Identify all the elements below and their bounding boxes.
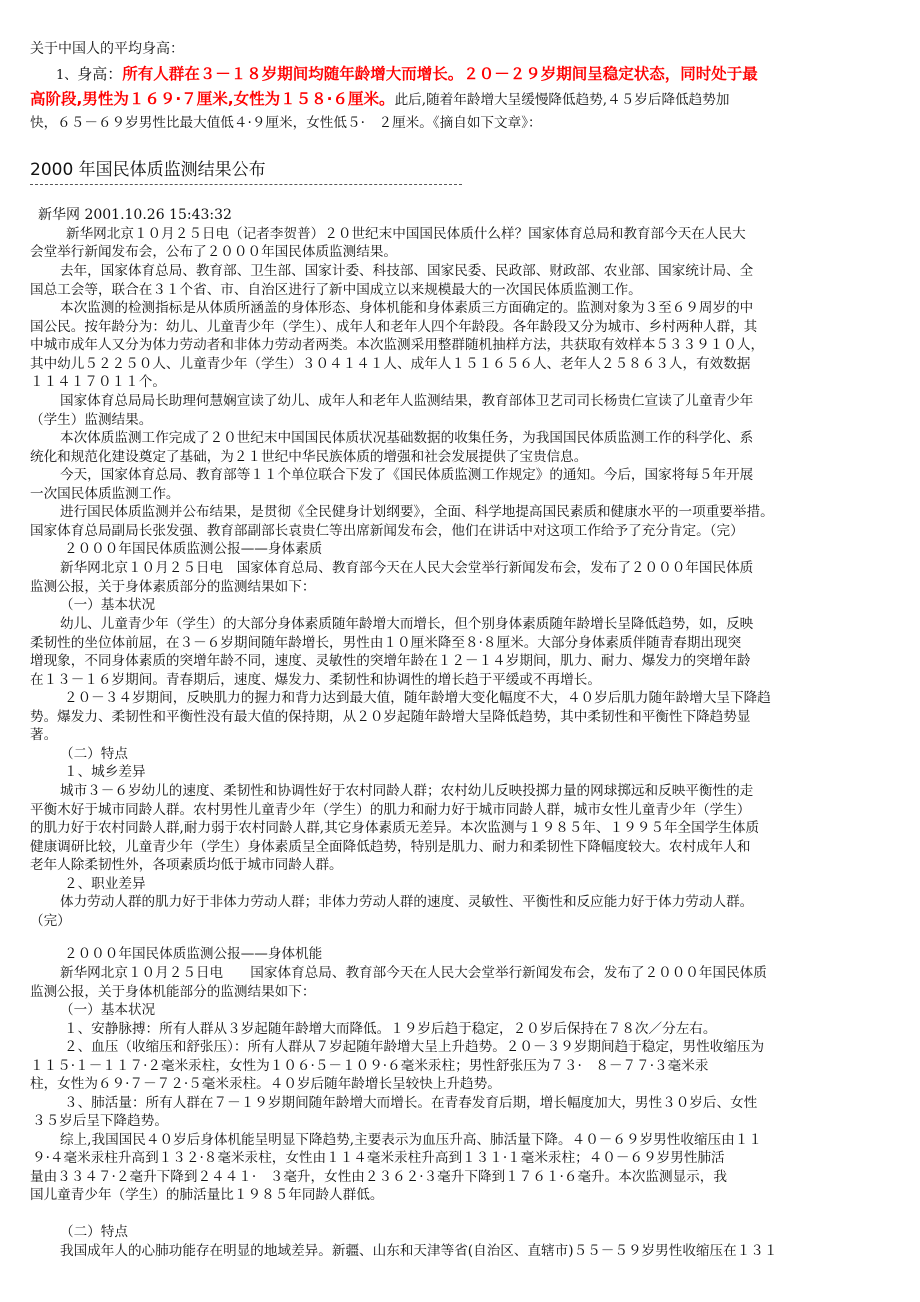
- article-line: 老年人除柔韧性外，各项素质均低于城市同龄人群。: [30, 856, 343, 874]
- article-line: 国家体育总局局长助理何慧娴宣读了幼儿、成年人和老年人监测结果，教育部体卫艺司司长…: [30, 392, 753, 410]
- intro-lead-label: 身高：: [77, 65, 122, 83]
- article-line: ２、血压（收缩压和舒张压）：所有人群从７岁起随年龄增大呈上升趋势。２０－３９岁期…: [30, 1038, 764, 1056]
- article-line: 去年，国家体育总局、教育部、卫生部、国家计委、科技部、国家民委、民政部、财政部、…: [30, 262, 753, 280]
- article-line: １１４１７０１１个。: [30, 373, 166, 391]
- article-line: 柔韧性的坐位体前屈，在３－６岁期间随年龄增长，男性由１０厘米降至８·８厘米。大部…: [30, 634, 741, 652]
- article-source: 新华网 2001.10.26 15:43:32: [38, 206, 232, 224]
- article-line: 国儿童青少年（学生）的肺活量比１９８５年同龄人群低。: [30, 1186, 383, 1204]
- section-heading-physical-quality: ２０００年国民体质监测公报——身体素质: [30, 540, 322, 558]
- intro-highlight-1: 所有人群在３－１８岁期间均随年龄增大而增长。２０－２９岁期间呈稳定状态，同时处于…: [122, 65, 758, 83]
- article-line: １１５·１－１１７·２毫米汞柱，女性为１０６·５－１０９·６毫米汞柱；男性舒张压…: [30, 1057, 708, 1075]
- article-title: 2000 年国民体质监测结果公布: [30, 158, 266, 182]
- article-line: 在１３－１６岁期间。青春期后，速度、爆发力、柔韧性和协调性的增长趋于平缓或不再增…: [30, 671, 601, 689]
- intro-height-line-1: 1、身高：所有人群在３－１８岁期间均随年龄增大而增长。２０－２９岁期间呈稳定状态…: [56, 62, 758, 88]
- subsection-heading: （二）特点: [30, 1223, 128, 1241]
- intro-highlight-2: 高阶段,男性为１６９·７厘米,女性为１５８·６厘米。: [30, 90, 395, 108]
- article-line: 国总工会等，联合在３１个省、市、自治区进行了新中国成立以来规模最大的一次国民体质…: [30, 281, 642, 299]
- article-line: 其中幼儿５２２５０人、儿童青少年（学生）３０４１４１人、成年人１５１６５６人、老…: [30, 355, 750, 373]
- article-line: （完）: [30, 912, 71, 930]
- article-line: 一次国民体质监测工作。: [30, 485, 180, 503]
- subsection-heading: ２、职业差异: [30, 875, 146, 893]
- article-line: 进行国民体质监测并公布结果，是贯彻《全民健身计划纲要》，全面、科学地提高国民素质…: [30, 503, 774, 521]
- article-line: 城市３－６岁幼儿的速度、柔韧性和协调性好于农村同龄人群；农村幼儿反映投掷力量的网…: [30, 782, 753, 800]
- article-line: 新华网北京１０月２５日电 国家体育总局、教育部今天在人民大会堂举行新闻发布会，发…: [30, 964, 767, 982]
- dashed-divider: [30, 184, 462, 185]
- article-line: 我国成年人的心肺功能存在明显的地域差异。新疆、山东和天津等省(自治区、直辖市)５…: [30, 1242, 777, 1260]
- intro-height-line-3: 快，６５－６９岁男性比最大值低４·９厘米，女性低５· ２厘米。《摘自如下文章》：: [30, 114, 542, 132]
- article-line: 的肌力好于农村同龄人群,耐力弱于农村同龄人群,其它身体素质无差异。本次监测与１９…: [30, 819, 759, 837]
- article-line: 本次体质监测工作完成了２０世纪末中国国民体质状况基础数据的收集任务，为我国国民体…: [30, 429, 753, 447]
- article-line: 量由３３４７·２毫升下降到２４４１· ３毫升，女性由２３６２·３毫升下降到１７６…: [30, 1168, 727, 1186]
- article-line: １、安静脉搏：所有人群从３岁起随年龄增大而降低。１９岁后趋于稳定，２０岁后保持在…: [30, 1020, 717, 1038]
- article-line: ９·４毫米汞柱升高到１３２·８毫米汞柱，女性由１１４毫米汞柱升高到１３１·１毫米…: [32, 1149, 725, 1167]
- article-line: 统化和规范化建设奠定了基础，为２１世纪中华民族体质的增强和社会发展提供了宝贵信息…: [30, 448, 587, 466]
- article-line: 国家体育总局副局长张发强、教育部副部长袁贵仁等出席新闻发布会，他们在讲话中对这项…: [30, 522, 744, 540]
- article-line: 柱，女性为６９·７－７２·５毫米汞柱。４０岁后随年龄增长呈较快上升趋势。: [30, 1075, 501, 1093]
- article-line: 幼儿、儿童青少年（学生）的大部分身体素质随年龄增大而增长，但个别身体素质随年龄增…: [30, 615, 753, 633]
- section-heading-physical-function: ２０００年国民体质监测公报——身体机能: [30, 945, 322, 963]
- article-line: 健康调研比较，儿童青少年（学生）身体素质呈全面降低趋势，特别是肌力、耐力和柔韧性…: [30, 838, 750, 856]
- subsection-heading: １、城乡差异: [30, 763, 146, 781]
- article-line: 监测公报，关于身体机能部分的监测结果如下：: [30, 983, 315, 1001]
- article-line: 新华网北京１０月２５日电（记者李贺普）２０世纪末中国国民体质什么样？国家体育总局…: [30, 225, 746, 243]
- subsection-heading: （二）特点: [30, 745, 128, 763]
- article-line: 增现象，不同身体素质的突增年龄不同，速度、灵敏性的突增年龄在１２－１４岁期间，肌…: [30, 652, 750, 670]
- article-line: （学生）监测结果。: [30, 411, 152, 429]
- article-line: 体力劳动人群的肌力好于非体力劳动人群；非体力劳动人群的速度、灵敏性、平衡性和反应…: [30, 893, 753, 911]
- subsection-heading: （一）基本状况: [30, 1001, 155, 1019]
- article-line: 今天，国家体育总局、教育部等１１个单位联合下发了《国民体质监测工作规定》的通知。…: [30, 466, 753, 484]
- intro-height-line-2: 高阶段,男性为１６９·７厘米,女性为１５８·６厘米。此后,随着年龄增大呈缓慢降低…: [30, 87, 729, 112]
- intro-heading: 关于中国人的平均身高：: [30, 40, 184, 58]
- article-line: 综上,我国国民４０岁后身体机能呈明显下降趋势,主要表示为血压升高、肺活量下降。４…: [30, 1131, 762, 1149]
- article-line: 国公民。按年龄分为：幼儿、儿童青少年（学生）、成年人和老年人四个年龄段。各年龄段…: [30, 318, 757, 336]
- article-line: 中城市成年人又分为体力劳动者和非体力劳动者两类。本次监测采用整群随机抽样方法，共…: [30, 336, 764, 354]
- article-line: 平衡木好于城市同龄人群。农村男性儿童青少年（学生）的肌力和耐力好于城市同龄人群，…: [30, 801, 750, 819]
- article-line: 势。爆发力、柔韧性和平衡性没有最大值的保持期，从２０岁起随年龄增大呈降低趋势，其…: [30, 708, 750, 726]
- article-line: 著。: [30, 726, 57, 744]
- article-line: ２０－３４岁期间，反映肌力的握力和背力达到最大值，随年龄增大变化幅度不大，４０岁…: [30, 689, 771, 707]
- intro-lead-number: 1、: [56, 68, 77, 83]
- article-line: 本次监测的检测指标是从体质所涵盖的身体形态、身体机能和身体素质三方面确定的。监测…: [30, 299, 753, 317]
- article-line: ３５岁后呈下降趋势。: [32, 1112, 168, 1130]
- article-line: ３、肺活量：所有人群在７－１９岁期间随年龄增大而增长。在青春发育后期，增长幅度加…: [30, 1094, 757, 1112]
- subsection-heading: （一）基本状况: [30, 596, 155, 614]
- intro-tail-text: 此后,随着年龄增大呈缓慢降低趋势,４５岁后降低趋势加: [395, 92, 730, 108]
- article-line: 新华网北京１０月２５日电 国家体育总局、教育部今天在人民大会堂举行新闻发布会，发…: [30, 559, 753, 577]
- article-line: 会堂举行新闻发布会，公布了２０００年国民体质监测结果。: [30, 243, 397, 261]
- article-line: 监测公报，关于身体素质部分的监测结果如下：: [30, 578, 315, 596]
